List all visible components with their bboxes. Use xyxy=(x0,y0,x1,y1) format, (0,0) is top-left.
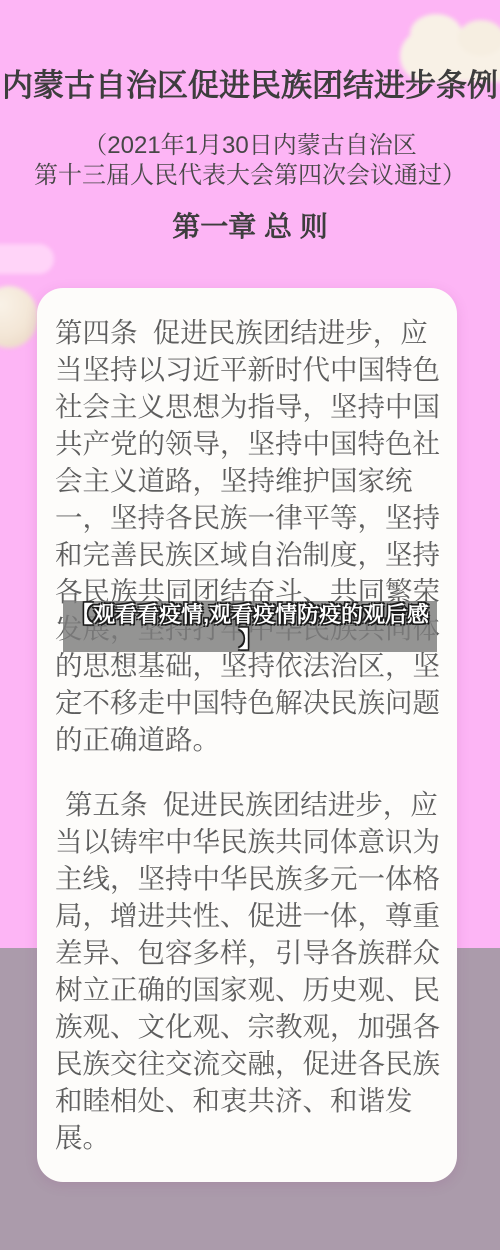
article-paragraph-5: 第五条 促进民族团结进步，应 当以铸牢中华民族共同体意识为 主线，坚持中华民族多… xyxy=(55,786,441,1156)
article-paragraph-4: 第四条 促进民族团结进步，应 当坚持以习近平新时代中国特色 社会主义思想为指导，… xyxy=(55,314,441,758)
page-title: 内蒙古自治区促进民族团结进步条例 xyxy=(0,66,500,106)
cloud-icon xyxy=(0,244,54,274)
watermark-banner: 【观看看疫情,观看疫情防疫的观后感 】 xyxy=(63,601,437,652)
chapter-heading: 第一章 总 则 xyxy=(0,208,500,246)
watermark-banner-text: 【观看看疫情,观看疫情防疫的观后感 】 xyxy=(71,602,429,652)
page-subtitle: （2021年1月30日内蒙古自治区 第十三届人民代表大会第四次会议通过） xyxy=(0,131,500,191)
article-card: 第四条 促进民族团结进步，应 当坚持以习近平新时代中国特色 社会主义思想为指导，… xyxy=(37,288,457,1182)
